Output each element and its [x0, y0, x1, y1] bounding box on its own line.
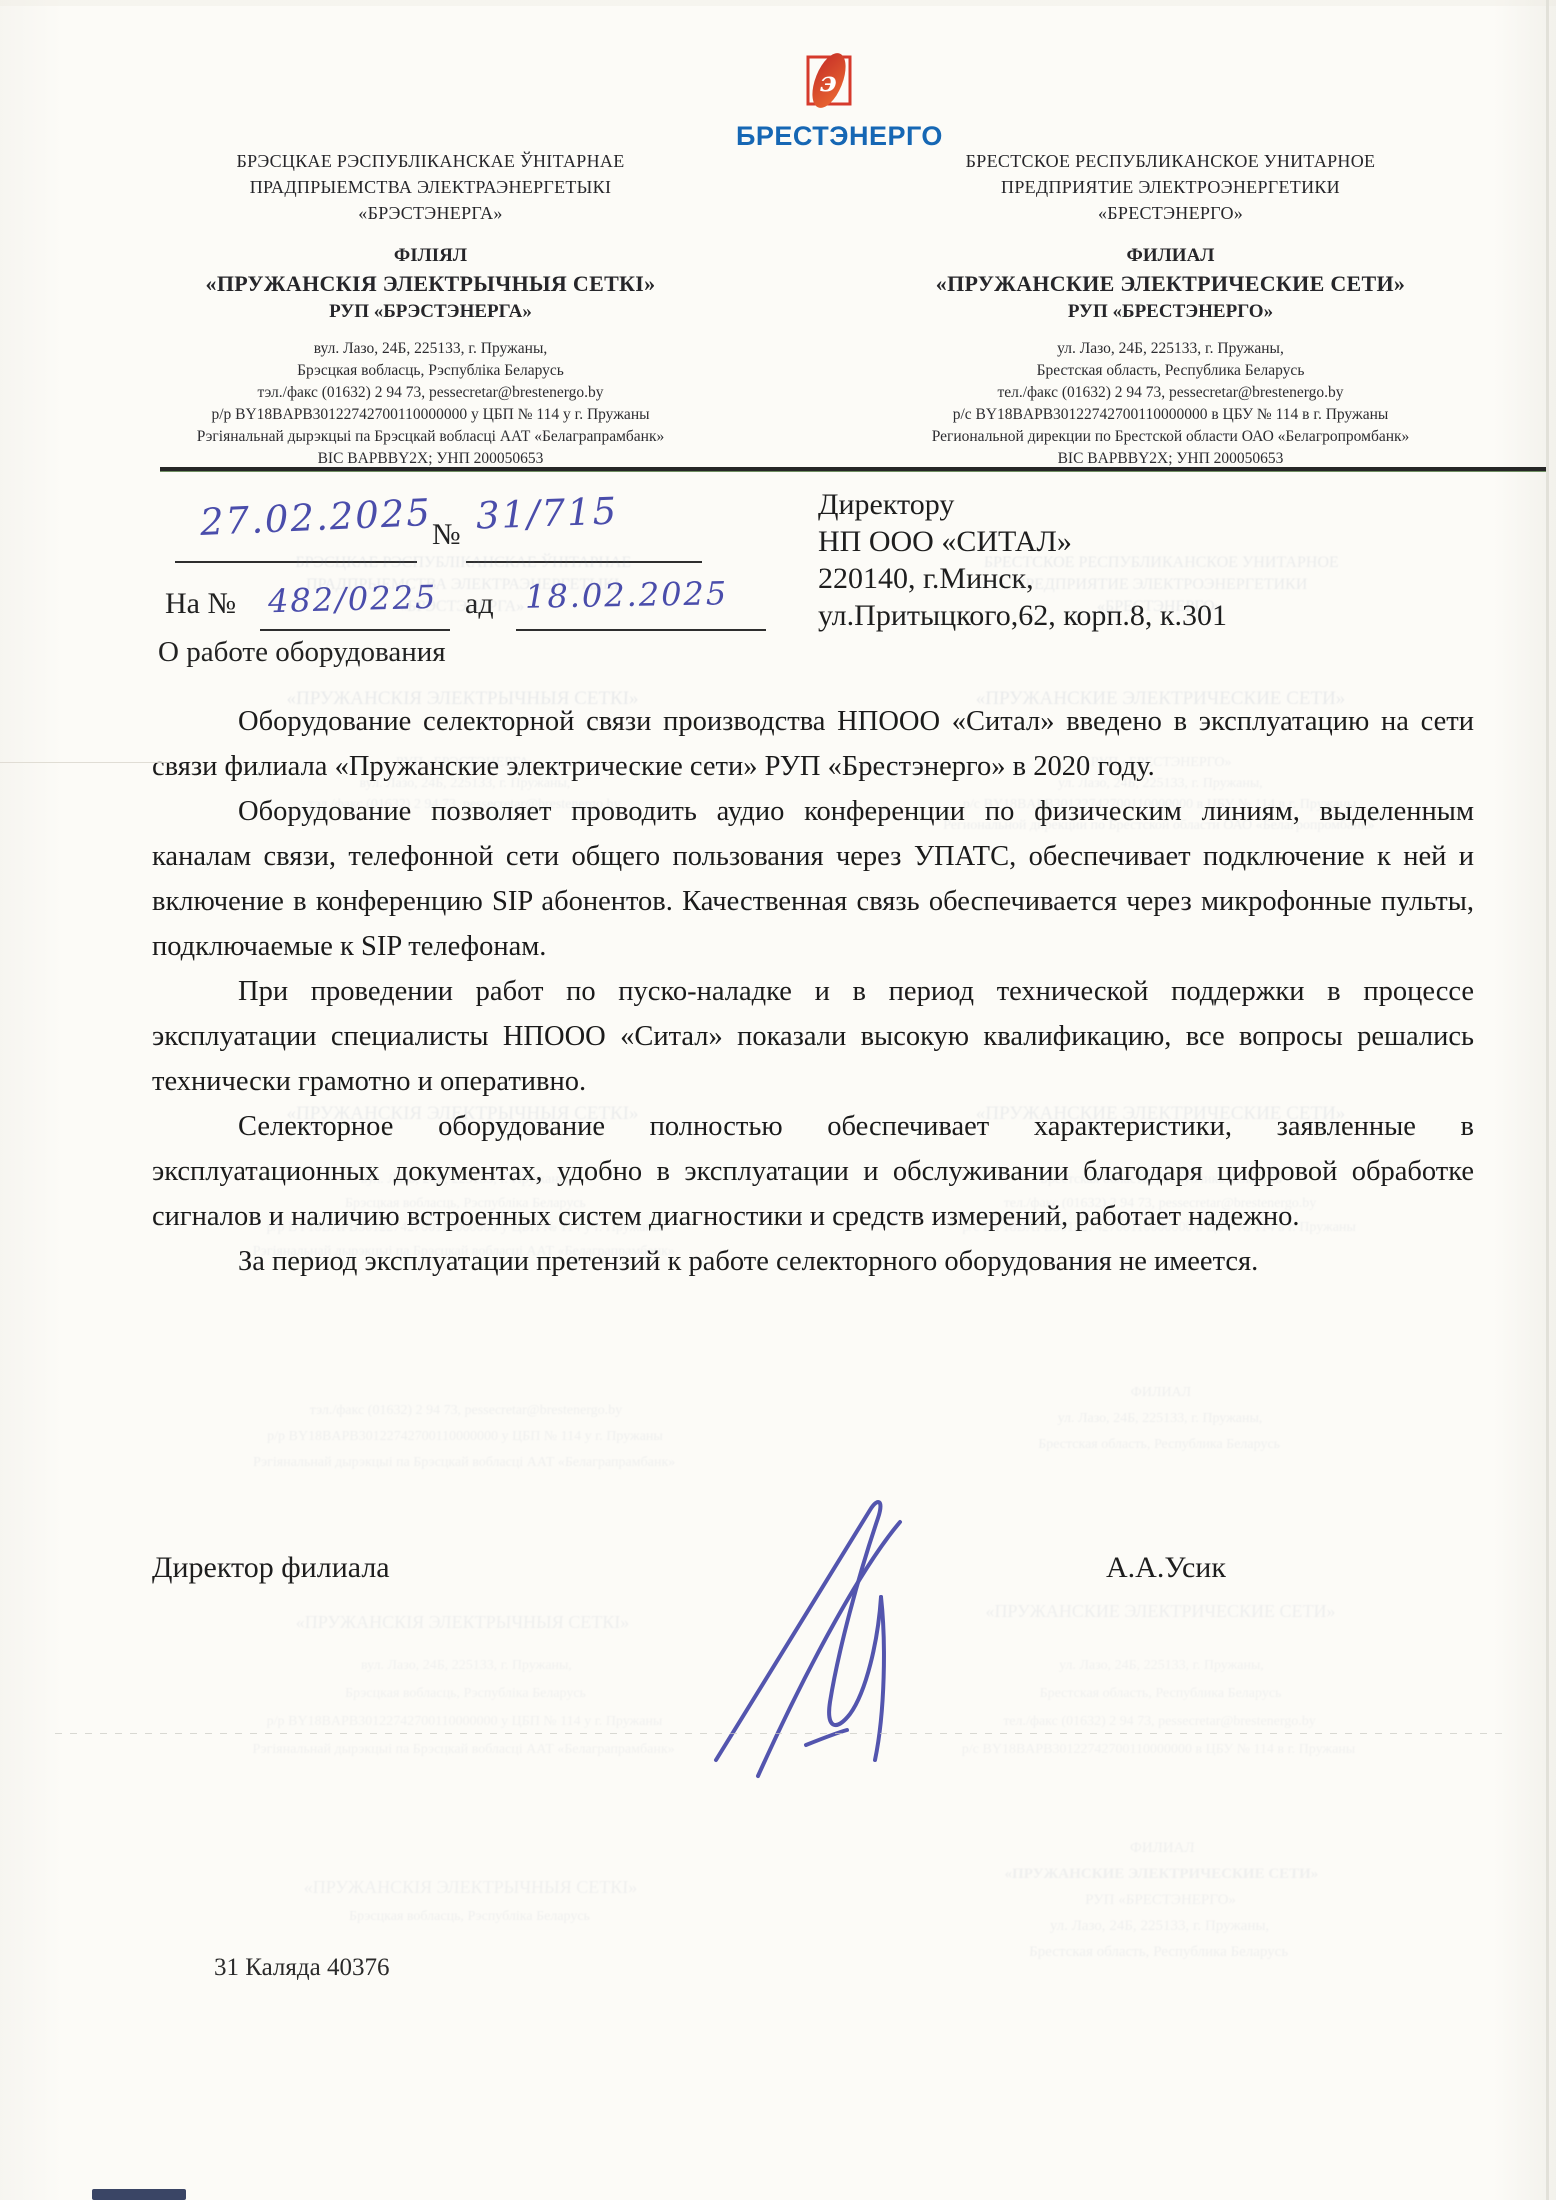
paper-crease	[0, 762, 170, 763]
org-name-line: «БРЭСТЭНЕРГА»	[158, 200, 703, 226]
outgoing-date-handwritten: 27.02.2025	[199, 491, 433, 544]
brestenergo-logo-icon: э	[797, 50, 859, 114]
incoming-number-handwritten: 482/0225	[268, 578, 438, 620]
number-sign: №	[432, 518, 461, 552]
signer-position: Директор филиала	[152, 1551, 390, 1585]
bleedthrough-text: ФИЛИАЛ «ПРУЖАНСКИЕ ЭЛЕКТРИЧЕСКИЕ СЕТИ» Р…	[876, 1835, 1446, 1965]
letterhead-right: БРЕСТСКОЕ РЕСПУБЛИКАНСКОЕ УНИТАРНОЕ ПРЕД…	[878, 148, 1463, 470]
address-line: Рэгіянальнай дырэкцыі па Брэсцкай воблас…	[158, 426, 703, 448]
scan-edge-shadow	[1546, 0, 1549, 2200]
filial-name: «ПРУЖАНСКІЯ ЭЛЕКТРЫЧНЫЯ СЕТКІ»	[158, 269, 703, 299]
footer-reference-note: 31 Каляда 40376	[214, 1954, 389, 1982]
recipient-line: 220140, г.Минск,	[818, 560, 1227, 597]
address-line: тел./факс (01632) 2 94 73, pessecretar@b…	[878, 382, 1463, 404]
address-line: ул. Лазо, 24Б, 225133, г. Пружаны,	[878, 338, 1463, 360]
incoming-date-handwritten: 18.02.2025	[525, 574, 729, 616]
recipient-block: Директору НП ООО «СИТАЛ» 220140, г.Минск…	[818, 486, 1227, 634]
recipient-line: НП ООО «СИТАЛ»	[818, 523, 1227, 560]
org-name-line: БРЭСЦКАЕ РЭСПУБЛІКАНСКАЕ ЎНІТАРНАЕ	[158, 148, 703, 174]
address-line: вул. Лазо, 24Б, 225133, г. Пружаны,	[158, 338, 703, 360]
letter-body: Оборудование селекторной связи производс…	[152, 699, 1474, 1284]
bleedthrough-text: ул. Лазо, 24Б, 225133, г. Пружаны, Брест…	[893, 1652, 1427, 1764]
handwritten-signature	[688, 1492, 948, 1782]
brestenergo-logo: э БРЕСТЭНЕРГО	[736, 50, 920, 152]
reply-prefix: На №	[165, 587, 236, 621]
address-block: вул. Лазо, 24Б, 225133, г. Пружаны, Брэс…	[158, 338, 703, 470]
incoming-date-underline	[516, 629, 766, 631]
org-name-line: «БРЕСТЭНЕРГО»	[878, 200, 1463, 226]
org-name-line: ПРЕДПРИЯТИЕ ЭЛЕКТРОЭНЕРГЕТИКИ	[878, 174, 1463, 200]
rup-line: РУП «БРЕСТЭНЕРГО»	[878, 299, 1463, 325]
scan-edge-mark	[92, 2189, 186, 2200]
address-line: р/с BY18BAPB30122742700110000000 в ЦБУ №…	[878, 404, 1463, 426]
bleedthrough-text: «ПРУЖАНСКІЯ ЭЛЕКТРЫЧНЫЯ СЕТКІ»	[210, 1612, 716, 1633]
org-name-line: ПРАДПРЫЕМСТВА ЭЛЕКТРАЭНЕРГЕТЫКІ	[158, 174, 703, 200]
letterhead-left: БРЭСЦКАЕ РЭСПУБЛІКАНСКАЕ ЎНІТАРНАЕ ПРАДП…	[158, 148, 703, 470]
address-block: ул. Лазо, 24Б, 225133, г. Пружаны, Брест…	[878, 338, 1463, 470]
outgoing-number-handwritten: 31/715	[475, 490, 619, 538]
rup-line: РУП «БРЭСТЭНЕРГА»	[158, 299, 703, 325]
date-underline	[175, 561, 417, 563]
body-paragraph: За период эксплуатации претензий к работ…	[152, 1239, 1474, 1284]
incoming-number-underline	[260, 629, 450, 631]
filial-label: ФИЛИАЛ	[878, 243, 1463, 269]
letterhead-divider	[160, 467, 1546, 472]
org-name-line: БРЕСТСКОЕ РЕСПУБЛИКАНСКОЕ УНИТАРНОЕ	[878, 148, 1463, 174]
svg-text:э: э	[819, 67, 836, 98]
number-underline	[466, 561, 702, 563]
address-line: Брестская область, Республика Беларусь	[878, 360, 1463, 382]
reply-infix: ад	[465, 587, 494, 621]
address-line: Брэсцкая вобласць, Рэспубліка Беларусь	[158, 360, 703, 382]
filial-label: ФІЛІЯЛ	[158, 243, 703, 269]
address-line: р/р BY18BAPB30122742700110000000 у ЦБП №…	[158, 404, 703, 426]
body-paragraph: Оборудование позволяет проводить аудио к…	[152, 789, 1474, 969]
address-line: тэл./факс (01632) 2 94 73, pessecretar@b…	[158, 382, 703, 404]
recipient-line: ул.Притыцкого,62, корп.8, к.301	[818, 597, 1227, 634]
body-paragraph: При проведении работ по пуско-наладке и …	[152, 969, 1474, 1104]
bleedthrough-text: вул. Лазо, 24Б, 225133, г. Пружаны, Брэс…	[233, 1652, 697, 1764]
scanned-letter-page: э БРЕСТЭНЕРГО БРЭСЦКАЕ РЭСПУБЛІКАНСКАЕ Ў…	[0, 0, 1556, 2200]
bleedthrough-text: «ПРУЖАНСКИЕ ЭЛЕКТРИЧЕСКИЕ СЕТИ»	[877, 1596, 1443, 1626]
recipient-line: Директору	[818, 486, 1227, 523]
body-paragraph: Селекторное оборудование полностью обесп…	[152, 1104, 1474, 1239]
address-line: Региональной дирекции по Брестской облас…	[878, 426, 1463, 448]
subject-line: О работе оборудования	[158, 636, 446, 669]
bleedthrough-text: ФИЛИАЛ ул. Лазо, 24Б, 225133, г. Пружаны…	[894, 1380, 1427, 1458]
bleedthrough-text: «ПРУЖАНСКІЯ ЭЛЕКТРЫЧНЫЯ СЕТКІ» Брэсцкая …	[209, 1872, 731, 1932]
filial-name: «ПРУЖАНСКИЕ ЭЛЕКТРИЧЕСКИЕ СЕТИ»	[878, 269, 1463, 299]
body-paragraph: Оборудование селекторной связи производс…	[152, 699, 1474, 789]
signer-name: А.А.Усик	[1106, 1551, 1226, 1585]
bleedthrough-text: тэл./факс (01632) 2 94 73, pessecretar@b…	[234, 1398, 697, 1476]
paper-crease	[55, 1733, 1505, 1734]
